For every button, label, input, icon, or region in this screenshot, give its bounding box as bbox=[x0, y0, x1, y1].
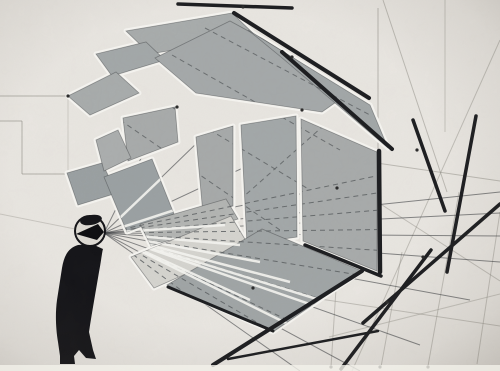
artwork-photo bbox=[0, 0, 500, 371]
photo-vignette bbox=[0, 0, 500, 371]
diagram-canvas bbox=[0, 0, 500, 371]
photo-border-bottom bbox=[0, 365, 500, 371]
